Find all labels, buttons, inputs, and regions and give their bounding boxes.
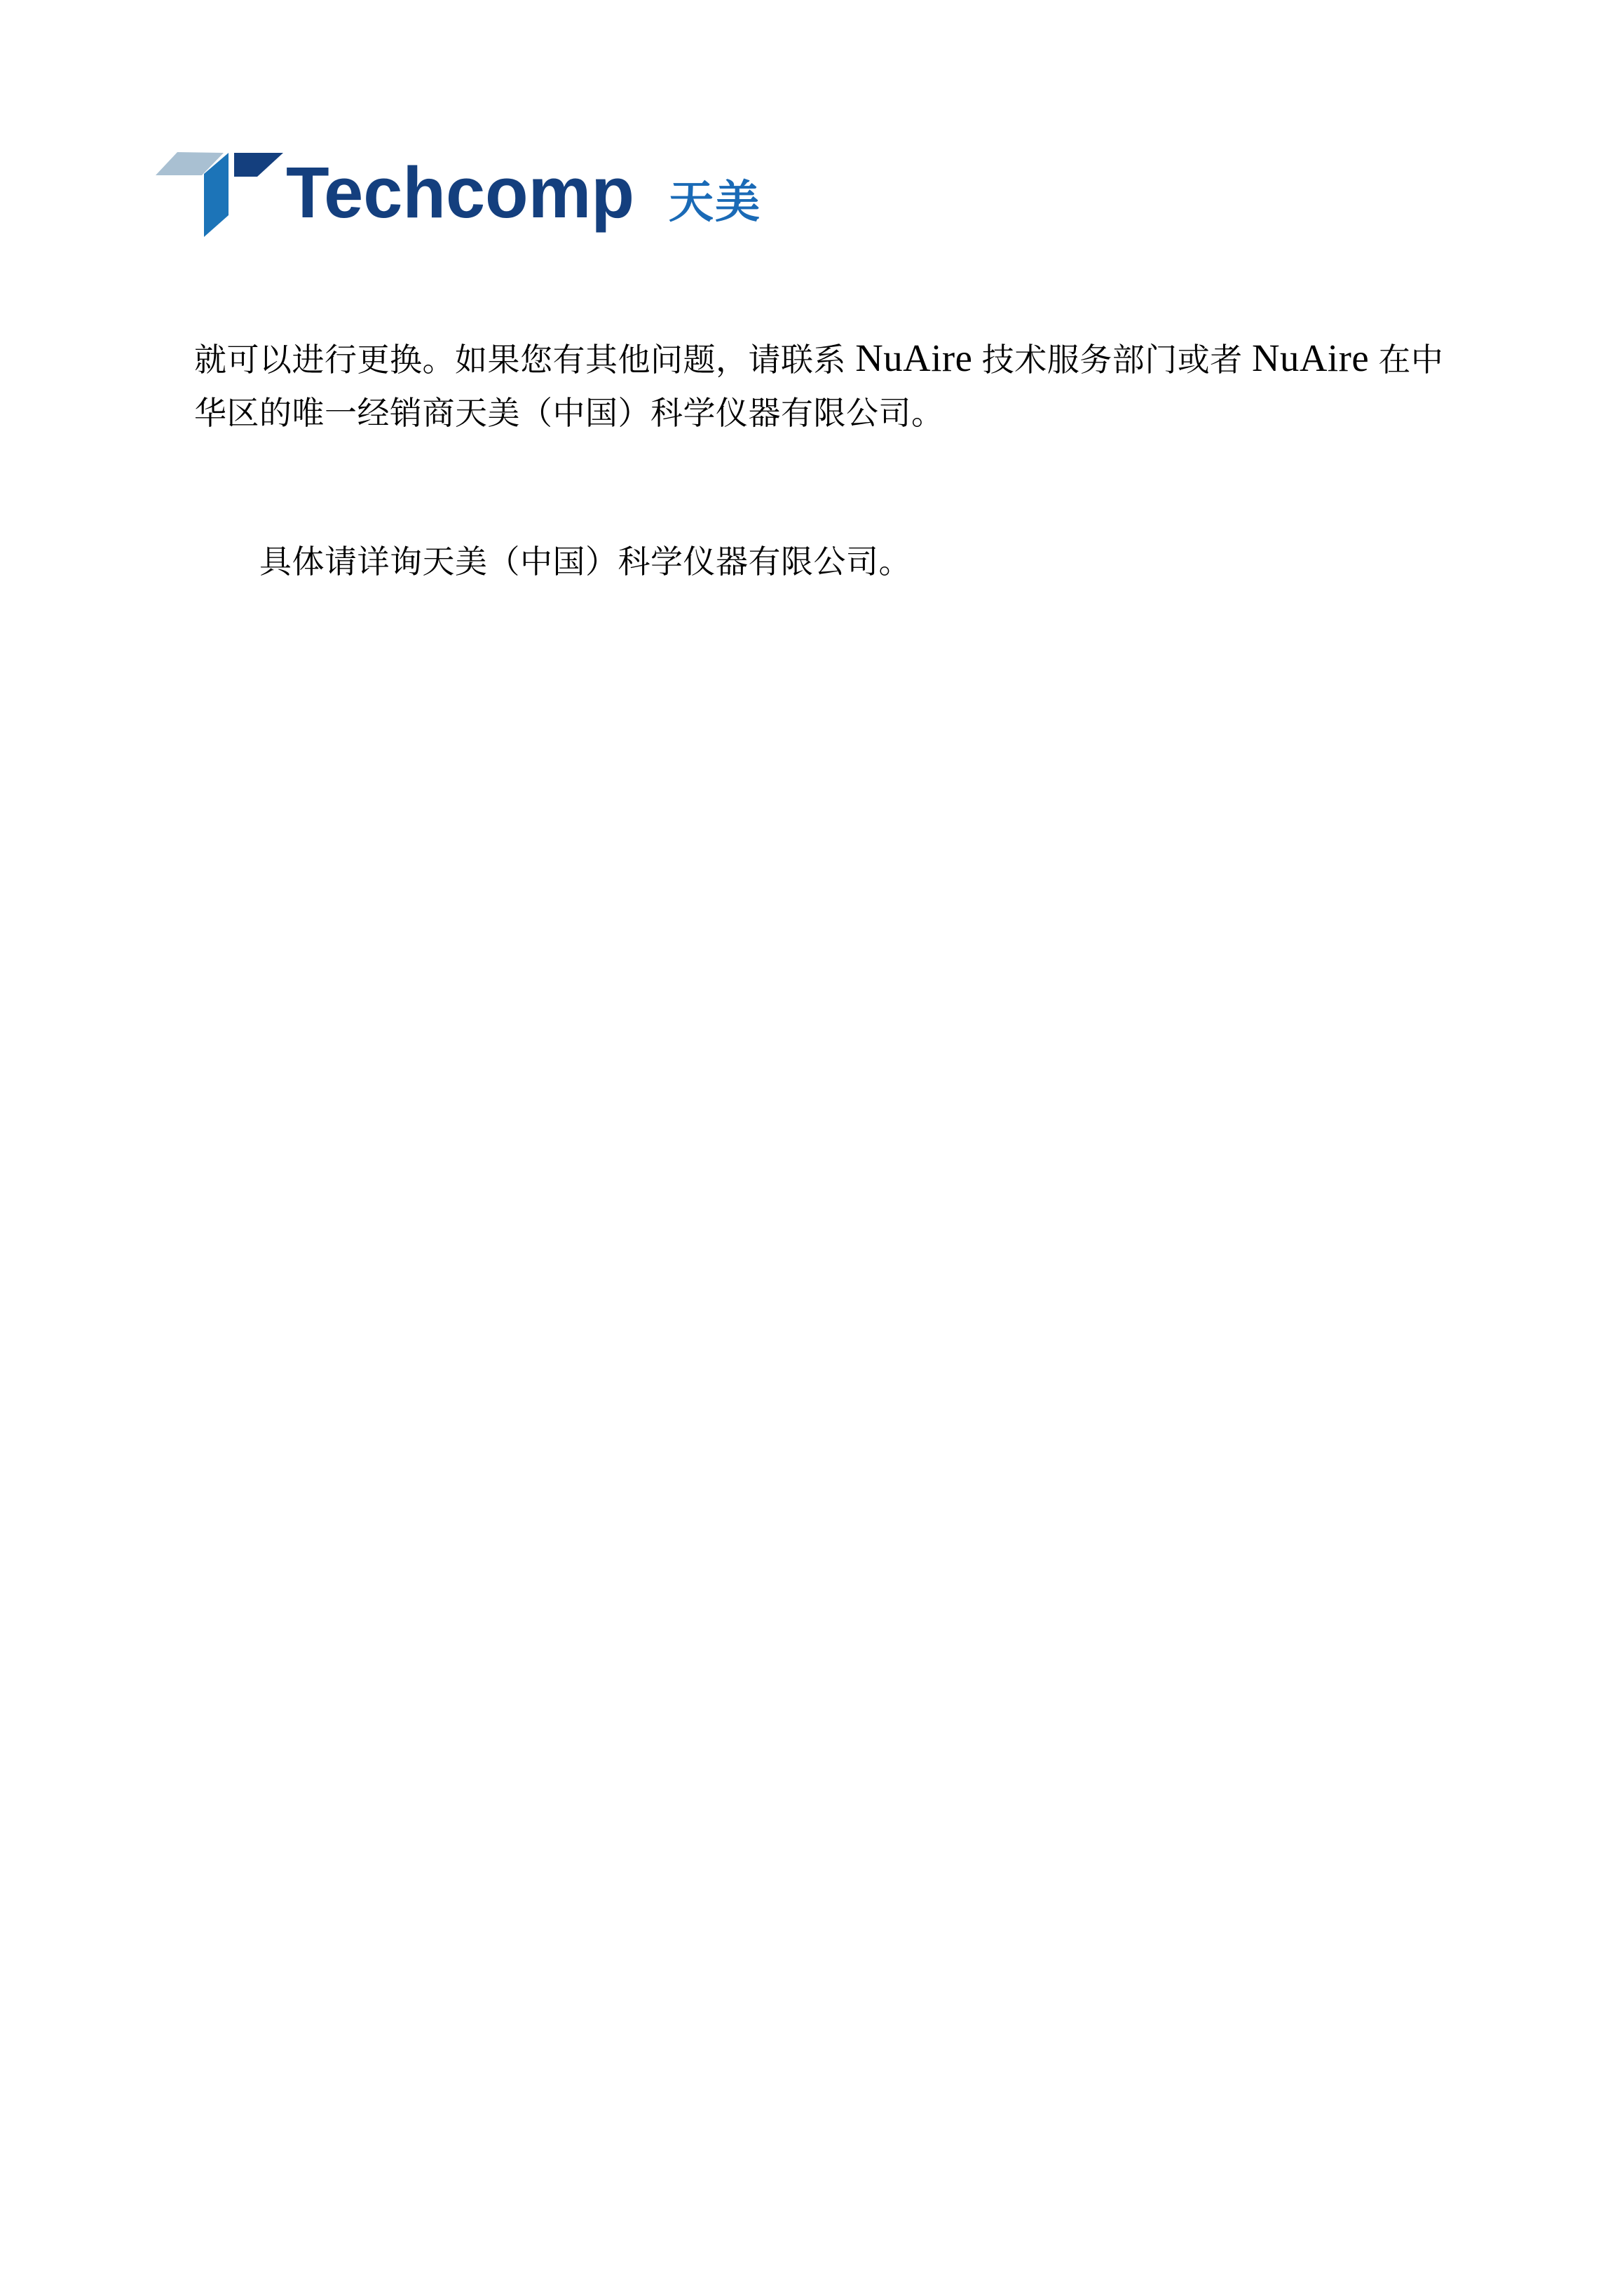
logo-cjk-name-text: 天美 — [669, 177, 761, 227]
latin-text-run: NuAire — [1252, 337, 1369, 379]
logo-wordmark-text: Techcomp — [286, 152, 634, 233]
cjk-text-run: 在中 — [1369, 341, 1443, 378]
paragraph-2-line-1: 具体请详询天美（中国）科学仪器有限公司。 — [194, 534, 911, 589]
cjk-text-run: 华区的唯一经销商天美（中国）科学仪器有限公司。 — [194, 395, 944, 431]
cjk-text-run: 具体请详询天美（中国）科学仪器有限公司。 — [259, 543, 911, 580]
techcomp-logo-icon — [156, 152, 283, 237]
paragraph-1-line-1: 就可以进行更换。如果您有其他问题，请联系 NuAire 技术服务部门或者 NuA… — [194, 331, 1443, 386]
cjk-text-run: 就可以进行更换。如果您有其他问题，请联系 — [194, 341, 855, 378]
paragraph-1-line-2: 华区的唯一经销商天美（中国）科学仪器有限公司。 — [194, 386, 1443, 440]
paragraph-2: 具体请详询天美（中国）科学仪器有限公司。 — [194, 534, 911, 589]
cjk-text-run: 技术服务部门或者 — [972, 341, 1252, 378]
logo-flag-shape — [234, 153, 283, 177]
document-page: Techcomp 天美 就可以进行更换。如果您有其他问题，请联系 NuAire … — [0, 0, 1622, 2296]
paragraph-1: 就可以进行更换。如果您有其他问题，请联系 NuAire 技术服务部门或者 NuA… — [194, 331, 1443, 440]
latin-text-run: NuAire — [855, 337, 972, 379]
techcomp-logo: Techcomp 天美 — [153, 147, 784, 259]
